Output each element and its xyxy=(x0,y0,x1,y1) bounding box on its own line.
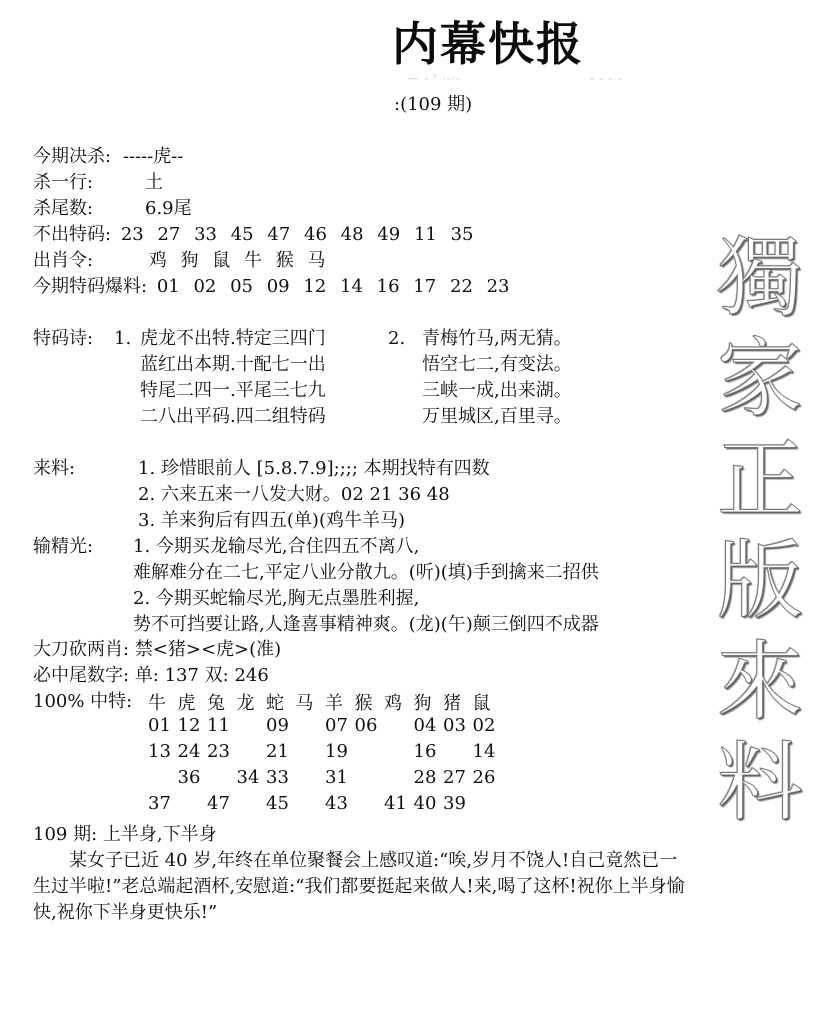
zhongte-grid: 牛 虎 兔 龙 蛇 马 羊 猴 鸡 狗 猪 鼠 01 12 11 09 07 0… xyxy=(148,689,502,819)
story-paragraph: 某女子已近 40 岁,年终在单位聚餐会上感叹道:“唉,岁月不饶人!自己竟然已一生… xyxy=(33,848,693,926)
watermark-char: 獨 xyxy=(705,228,815,329)
number: 21 xyxy=(266,741,296,767)
poem-col2: 青梅竹马,两无猜。 悟空七二,有变法。 三峡一成,出来湖。 万里城区,百里寻。 xyxy=(422,326,572,430)
shujingguang-label: 输精光: xyxy=(33,534,93,560)
buchu-label: 不出特码: xyxy=(33,222,111,248)
number: 26 xyxy=(473,767,503,793)
number: 49 xyxy=(377,222,400,248)
number: 47 xyxy=(207,793,237,819)
number: 09 xyxy=(267,274,290,300)
laoliao-item: 3. 羊来狗后有四五(单)(鸡牛羊马) xyxy=(138,508,490,534)
poem-line: 特尾二四一.平尾三七九 xyxy=(140,378,326,404)
number: 33 xyxy=(266,767,296,793)
poem-line: 三峡一成,出来湖。 xyxy=(422,378,572,404)
jinqi-juesha: 今期决杀: -----虎-- xyxy=(33,144,183,170)
poem-line: 悟空七二,有变法。 xyxy=(422,352,572,378)
number: 02 xyxy=(473,715,503,741)
shayihang-value: 土 xyxy=(145,170,163,196)
jinqi-value: -----虎-- xyxy=(123,146,184,167)
number: 22 xyxy=(450,274,473,300)
number xyxy=(296,767,326,793)
number xyxy=(384,767,414,793)
number: 14 xyxy=(473,741,503,767)
number: 47 xyxy=(267,222,290,248)
number xyxy=(296,715,326,741)
number: 11 xyxy=(207,715,237,741)
dadao-row: 大刀砍两肖: 禁<猪><虎>(准) xyxy=(33,637,281,663)
number xyxy=(207,767,237,793)
number: 23 xyxy=(121,222,144,248)
zodiac: 狗 xyxy=(414,689,444,715)
number: 31 xyxy=(325,767,355,793)
number: 35 xyxy=(451,222,474,248)
watermark-char: 料 xyxy=(705,733,815,834)
zodiac: 龙 xyxy=(237,689,267,715)
number xyxy=(296,793,326,819)
number: 23 xyxy=(207,741,237,767)
zodiac: 鸡 xyxy=(384,689,414,715)
dadao-label: 大刀砍两肖: xyxy=(33,639,129,660)
number: 27 xyxy=(443,767,473,793)
number: 19 xyxy=(325,741,355,767)
number xyxy=(178,793,208,819)
number: 02 xyxy=(193,274,216,300)
faint-marks-left: — - ' ·-·- xyxy=(408,72,461,85)
number: 27 xyxy=(157,222,180,248)
number-row: 01 12 11 09 07 06 04 03 02 xyxy=(148,715,502,741)
poem-line: 虎龙不出特.特定三四门 xyxy=(140,326,326,352)
zodiac: 牛 xyxy=(148,689,178,715)
watermark-vertical-text: 獨 家 正 版 來 料 xyxy=(705,228,815,834)
zodiac: 鸡 xyxy=(149,248,167,274)
number xyxy=(237,793,267,819)
number: 36 xyxy=(178,767,208,793)
number-row: 36 34 33 31 28 27 26 xyxy=(148,767,502,793)
number: 01 xyxy=(148,715,178,741)
number: 28 xyxy=(414,767,444,793)
jinqi-tema-baoliao: 今期特码爆料: 01 02 05 09 12 14 16 17 22 23 xyxy=(33,274,517,300)
number: 23 xyxy=(487,274,510,300)
dadao-value: 禁<猪><虎>(准) xyxy=(135,639,281,660)
shayihang-label: 杀一行: xyxy=(33,172,93,193)
zodiac: 虎 xyxy=(178,689,208,715)
zodiac: 猪 xyxy=(443,689,473,715)
bizhong-label: 必中尾数字: xyxy=(33,665,129,686)
number xyxy=(384,741,414,767)
watermark-char: 家 xyxy=(705,329,815,430)
number: 12 xyxy=(303,274,326,300)
number: 24 xyxy=(178,741,208,767)
zodiac: 狗 xyxy=(181,248,199,274)
number xyxy=(148,767,178,793)
issue-number: :(109 期) xyxy=(394,90,472,116)
number: 40 xyxy=(414,793,444,819)
number xyxy=(355,793,385,819)
shujingguang-line-1: 1. 今期买龙输尽光,合住四五不离八, xyxy=(133,534,419,560)
number: 13 xyxy=(148,741,178,767)
zodiac-header-row: 牛 虎 兔 龙 蛇 马 羊 猴 鸡 狗 猪 鼠 xyxy=(148,689,502,715)
shaweishu-value: 6.9尾 xyxy=(145,196,192,222)
number-row: 13 24 23 21 19 16 14 xyxy=(148,741,502,767)
buchu-tema: 不出特码: 23 27 33 45 47 46 48 49 11 35 xyxy=(33,222,481,248)
number: 43 xyxy=(325,793,355,819)
number: 48 xyxy=(341,222,364,248)
poem-line: 二八出平码.四二组特码 xyxy=(140,404,326,430)
number xyxy=(237,715,267,741)
number: 16 xyxy=(377,274,400,300)
poem-col1: 虎龙不出特.特定三四门 蓝红出本期.十配七一出 特尾二四一.平尾三七九 二八出平… xyxy=(140,326,326,430)
zodiac: 蛇 xyxy=(266,689,296,715)
story-title: 109 期: 上半身,下半身 xyxy=(33,822,217,848)
number-row: 37 47 45 43 41 40 39 xyxy=(148,793,502,819)
jinqi-label: 今期决杀: xyxy=(33,146,111,167)
page-title: 内幕快报 xyxy=(392,8,584,74)
number: 06 xyxy=(355,715,385,741)
zodiac: 鼠 xyxy=(473,689,503,715)
number: 45 xyxy=(266,793,296,819)
faint-marks-right: - - - - xyxy=(590,72,622,85)
number: 41 xyxy=(384,793,414,819)
number: 45 xyxy=(231,222,254,248)
zodiac: 鼠 xyxy=(212,248,230,274)
laoliao-item: 1. 珍惜眼前人 [5.8.7.9];;;; 本期找特有四数 xyxy=(138,456,490,482)
poem-line: 青梅竹马,两无猜。 xyxy=(422,326,572,352)
zodiac: 猴 xyxy=(355,689,385,715)
chu-xiao-ling: 出肖令: 鸡 狗 鼠 牛 猴 马 xyxy=(33,248,333,274)
number xyxy=(296,741,326,767)
number: 09 xyxy=(266,715,296,741)
number: 03 xyxy=(443,715,473,741)
number: 14 xyxy=(340,274,363,300)
number xyxy=(355,741,385,767)
watermark-char: 版 xyxy=(705,531,815,632)
number: 12 xyxy=(178,715,208,741)
sha-wei-shu: 杀尾数: 6.9尾 xyxy=(33,196,93,222)
number xyxy=(473,793,503,819)
zodiac: 兔 xyxy=(207,689,237,715)
number: 17 xyxy=(413,274,436,300)
number: 05 xyxy=(230,274,253,300)
poem-label: 特码诗: xyxy=(33,326,93,352)
poem-col2-number: 2. xyxy=(388,326,405,352)
baoliao-label: 今期特码爆料: xyxy=(33,274,147,300)
shujingguang-line-2: 难解难分在二七,平定八业分散九。(听)(填)手到擒来二招供 xyxy=(133,560,599,586)
number: 01 xyxy=(157,274,180,300)
zodiac: 马 xyxy=(296,689,326,715)
watermark-char: 正 xyxy=(705,430,815,531)
laoliao-item: 2. 六来五来一八发大财。02 21 36 48 xyxy=(138,482,490,508)
poem-line: 蓝红出本期.十配七一出 xyxy=(140,352,326,378)
number: 46 xyxy=(304,222,327,248)
poem-line: 万里城区,百里寻。 xyxy=(422,404,572,430)
laoliao-list: 1. 珍惜眼前人 [5.8.7.9];;;; 本期找特有四数 2. 六来五来一八… xyxy=(138,456,490,534)
number: 37 xyxy=(148,793,178,819)
laoliao-label: 来料: xyxy=(33,456,75,482)
watermark-char: 來 xyxy=(705,632,815,733)
number: 39 xyxy=(443,793,473,819)
zodiac: 猴 xyxy=(276,248,294,274)
number xyxy=(237,741,267,767)
shujingguang-line-3: 2. 今期买蛇输尽光,胸无点墨胜利握, xyxy=(133,586,419,612)
number xyxy=(443,741,473,767)
number: 33 xyxy=(194,222,217,248)
bizhong-row: 必中尾数字: 单: 137 双: 246 xyxy=(33,663,269,689)
number xyxy=(384,715,414,741)
poem-col1-number: 1. xyxy=(114,326,131,352)
zodiac: 羊 xyxy=(325,689,355,715)
shujingguang-line-4: 势不可挡要让路,人逢喜事精神爽。(龙)(午)颠三倒四不成器 xyxy=(133,612,599,638)
zhongte-label: 100% 中特: xyxy=(33,689,132,715)
number xyxy=(355,767,385,793)
zodiac: 马 xyxy=(307,248,325,274)
number: 34 xyxy=(237,767,267,793)
bizhong-value: 单: 137 双: 246 xyxy=(135,665,269,686)
shaweishu-label: 杀尾数: xyxy=(33,198,93,219)
number: 11 xyxy=(414,222,437,248)
chuxiao-label: 出肖令: xyxy=(33,248,93,274)
number: 07 xyxy=(325,715,355,741)
zodiac: 牛 xyxy=(244,248,262,274)
sha-yi-hang: 杀一行: 土 xyxy=(33,170,93,196)
number: 04 xyxy=(414,715,444,741)
number: 16 xyxy=(414,741,444,767)
